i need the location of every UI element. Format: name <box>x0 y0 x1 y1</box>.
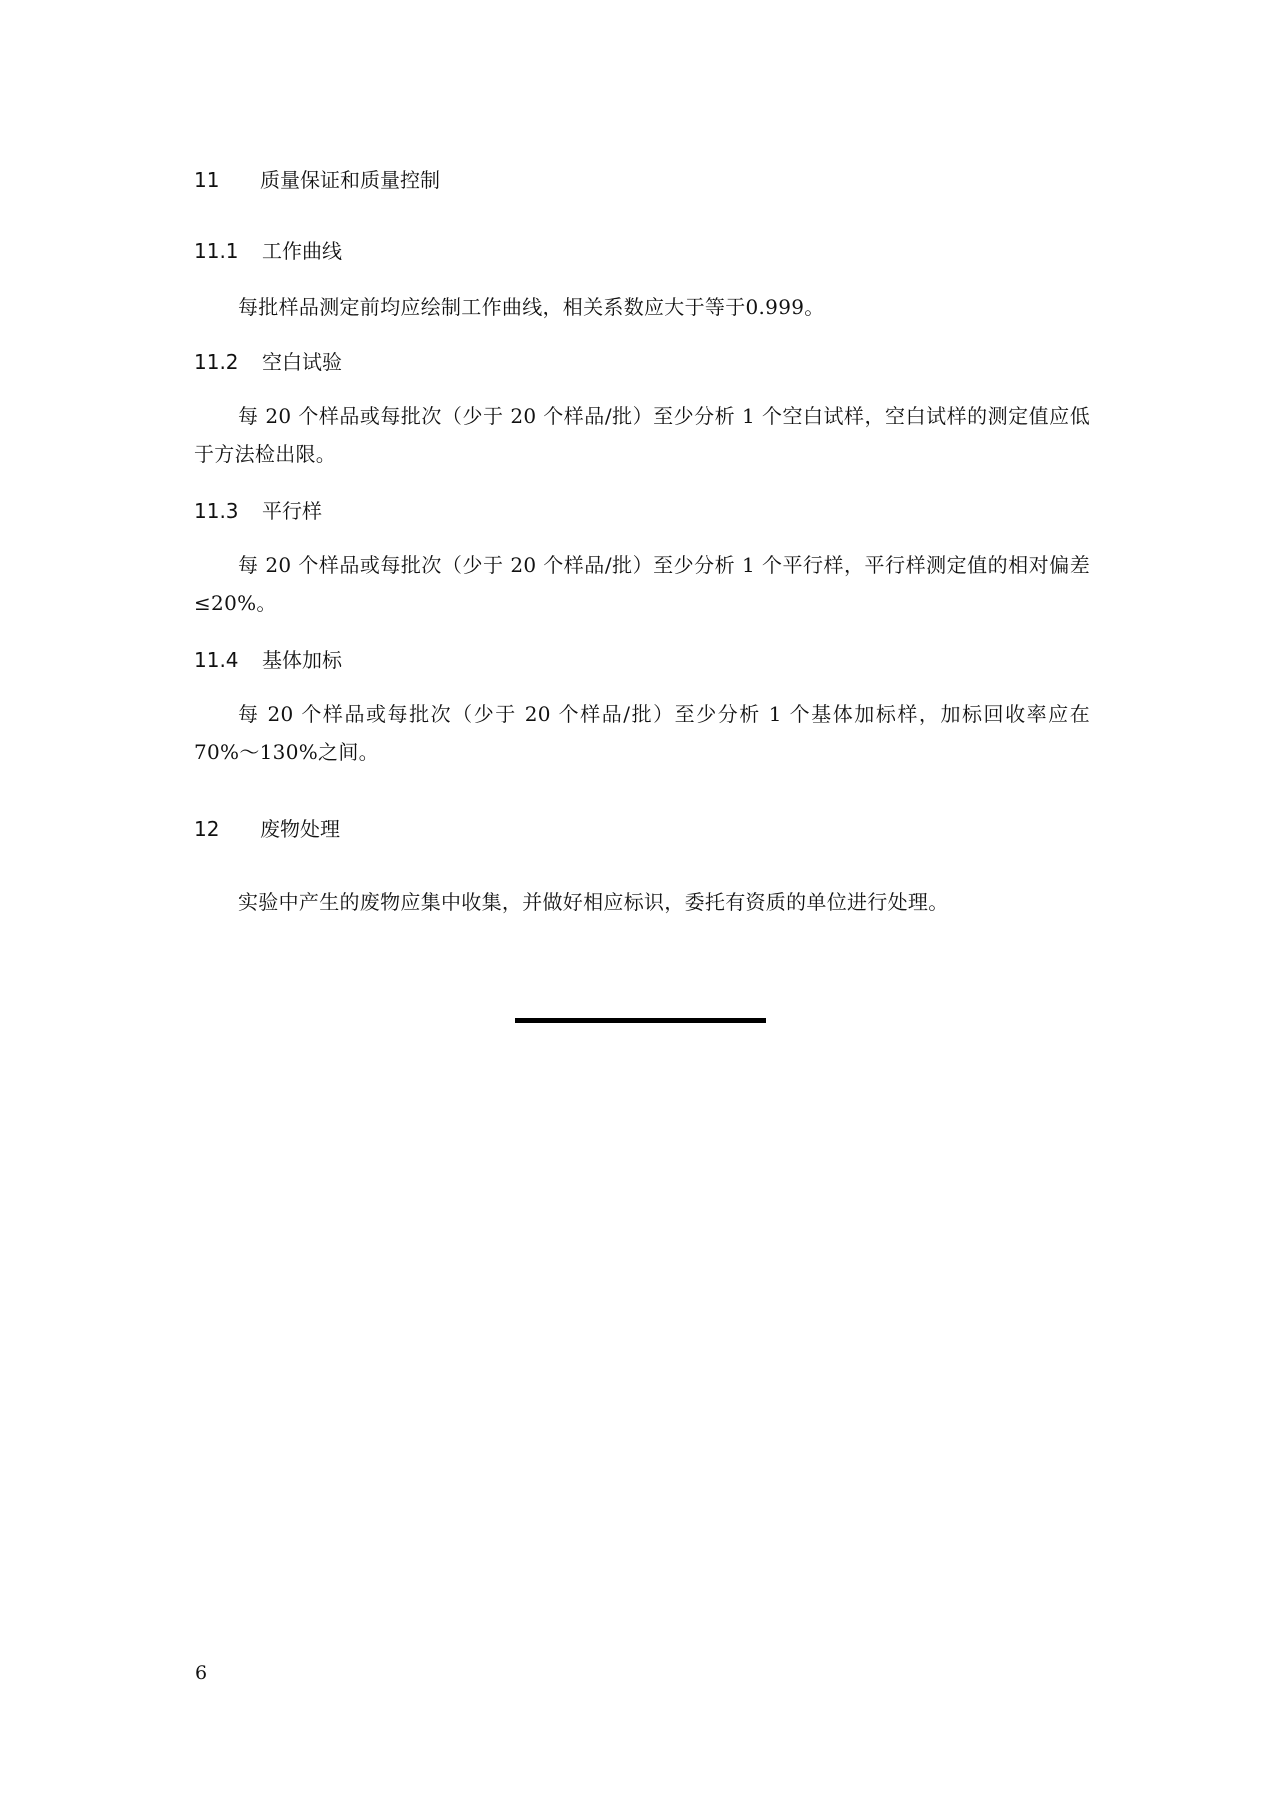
subsection-number: 11.1 <box>194 238 262 264</box>
subsection-body-11-1: 每批样品测定前均应绘制工作曲线，相关系数应大于等于0.999。 <box>194 288 1090 326</box>
subsection-body-11-2: 每 20 个样品或每批次（少于 20 个样品/批）至少分析 1 个空白试样，空白… <box>194 397 1090 473</box>
page-number: 6 <box>195 1662 207 1684</box>
subsection-body-11-3: 每 20 个样品或每批次（少于 20 个样品/批）至少分析 1 个平行样，平行样… <box>194 546 1090 622</box>
subsection-title: 基体加标 <box>262 647 342 673</box>
section-number: 12 <box>194 816 260 842</box>
section-title: 废物处理 <box>260 816 340 842</box>
subsection-number: 11.3 <box>194 498 262 524</box>
subsection-number: 11.2 <box>194 349 262 375</box>
subsection-heading-11-2: 11.2空白试验 <box>194 349 342 375</box>
document-page: 11质量保证和质量控制 11.1工作曲线 每批样品测定前均应绘制工作曲线，相关系… <box>0 0 1280 1810</box>
subsection-heading-11-1: 11.1工作曲线 <box>194 238 342 264</box>
end-of-document-rule <box>515 1018 766 1023</box>
section-heading-11: 11质量保证和质量控制 <box>194 167 440 193</box>
subsection-title: 平行样 <box>262 498 322 524</box>
subsection-title: 工作曲线 <box>262 238 342 264</box>
section-title: 质量保证和质量控制 <box>260 167 440 193</box>
subsection-heading-11-3: 11.3平行样 <box>194 498 322 524</box>
subsection-heading-11-4: 11.4基体加标 <box>194 647 342 673</box>
subsection-title: 空白试验 <box>262 349 342 375</box>
subsection-number: 11.4 <box>194 647 262 673</box>
section-heading-12: 12废物处理 <box>194 816 340 842</box>
section-body-12: 实验中产生的废物应集中收集，并做好相应标识，委托有资质的单位进行处理。 <box>194 883 1090 921</box>
subsection-body-11-4: 每 20 个样品或每批次（少于 20 个样品/批）至少分析 1 个基体加标样，加… <box>194 695 1090 771</box>
section-number: 11 <box>194 167 260 193</box>
